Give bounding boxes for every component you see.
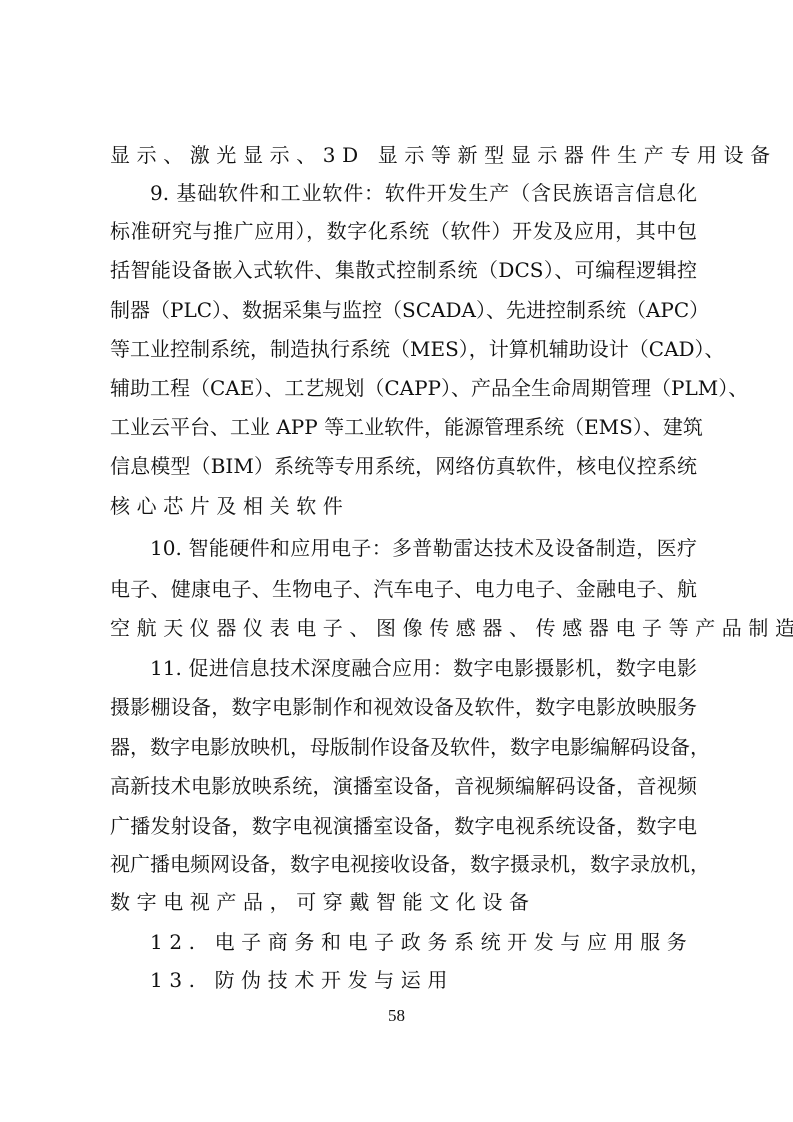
text-line: 等工业控制系统，制造执行系统（MES），计算机辅助设计（CAD）、 — [110, 335, 697, 363]
text-line: 广播发射设备，数字电视演播室设备，数字电视系统设备，数字电 — [110, 812, 697, 840]
text-line: 工业云平台、工业 APP 等工业软件，能源管理系统（EMS）、建筑 — [110, 413, 697, 441]
text-line: 空航天仪器仪表电子、图像传感器、传感器电子等产品制造 — [110, 614, 697, 642]
text-line: 摄影棚设备，数字电影制作和视效设备及软件，数字电影放映服务 — [110, 693, 697, 721]
text-line: 显示、激光显示、3D 显示等新型显示器件生产专用设备 — [110, 141, 697, 169]
text-line: 核心芯片及相关软件 — [110, 492, 697, 520]
text-line: 器，数字电影放映机，母版制作设备及软件，数字电影编解码设备， — [110, 733, 697, 761]
text-line: 制器（PLC）、数据采集与监控（SCADA）、先进控制系统（APC） — [110, 296, 697, 324]
text-line: 数字电视产品，可穿戴智能文化设备 — [110, 888, 697, 916]
item-10-heading-line: 10. 智能硬件和应用电子：多普勒雷达技术及设备制造，医疗 — [150, 534, 697, 562]
text-line: 信息模型（BIM）系统等专用系统，网络仿真软件，核电仪控系统 — [110, 452, 697, 480]
text-line: 标准研究与推广应用），数字化系统（软件）开发及应用，其中包 — [110, 217, 697, 245]
text-line: 括智能设备嵌入式软件、集散式控制系统（DCS）、可编程逻辑控 — [110, 256, 697, 284]
text-line: 电子、健康电子、生物电子、汽车电子、电力电子、金融电子、航 — [110, 575, 697, 603]
page-number: 58 — [0, 1006, 793, 1026]
text-line: 视广播电频网设备，数字电视接收设备，数字摄录机，数字录放机， — [110, 850, 697, 878]
item-13-heading-line: 13. 防伪技术开发与运用 — [150, 966, 697, 994]
document-page: 显示、激光显示、3D 显示等新型显示器件生产专用设备 9. 基础软件和工业软件：… — [0, 0, 793, 1122]
item-11-heading-line: 11. 促进信息技术深度融合应用：数字电影摄影机，数字电影 — [150, 654, 697, 682]
text-line: 高新技术电影放映系统，演播室设备，音视频编解码设备，音视频 — [110, 772, 697, 800]
item-12-heading-line: 12. 电子商务和电子政务系统开发与应用服务 — [150, 928, 697, 956]
item-9-heading-line: 9. 基础软件和工业软件：软件开发生产（含民族语言信息化 — [150, 179, 697, 207]
text-line: 辅助工程（CAE）、工艺规划（CAPP）、产品全生命周期管理（PLM）、 — [110, 374, 697, 402]
